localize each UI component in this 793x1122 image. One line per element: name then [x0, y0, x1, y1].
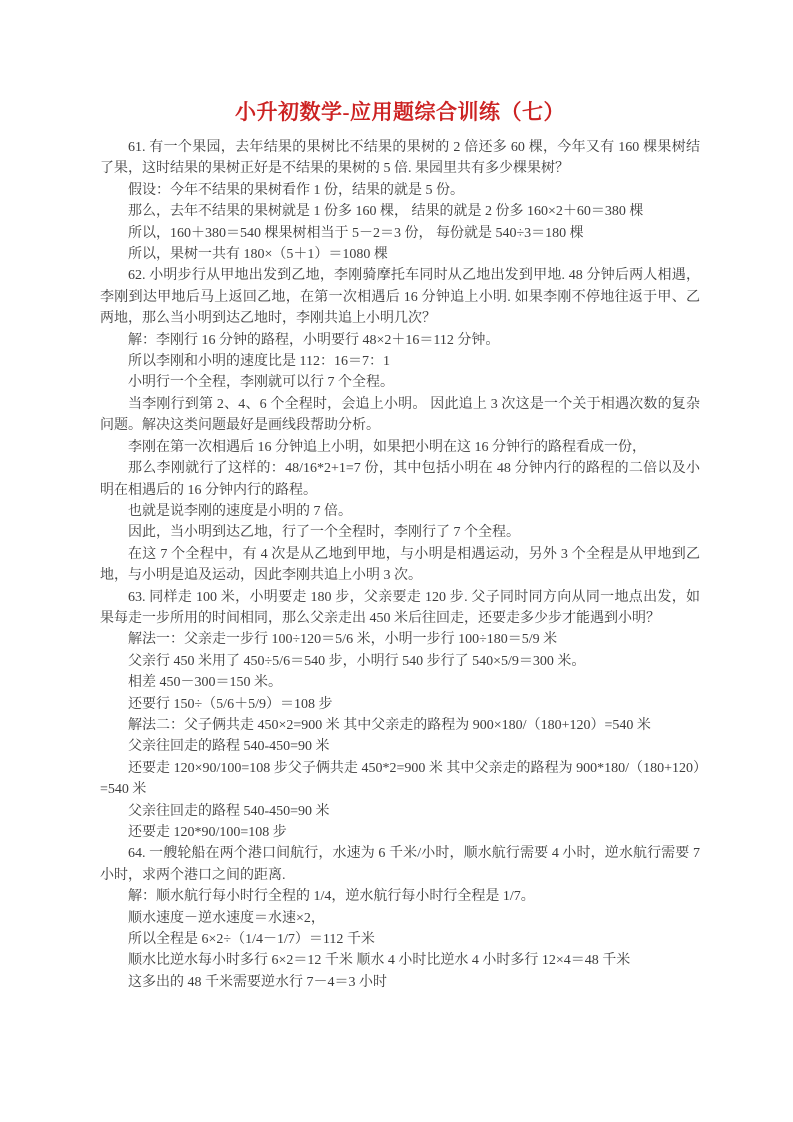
paragraph: 在这 7 个全程中，有 4 次是从乙地到甲地，与小明是相遇运动，另外 3 个全程… — [100, 544, 700, 587]
paragraph: 所以，160＋380＝540 棵果树相当于 5－2＝3 份， 每份就是 540÷… — [100, 223, 700, 244]
paragraph: 也就是说李刚的速度是小明的 7 倍。 — [100, 501, 700, 522]
paragraph: 顺水速度－逆水速度＝水速×2， — [100, 908, 700, 929]
paragraph: 相差 450－300＝150 米。 — [100, 672, 700, 693]
paragraph: 这多出的 48 千米需要逆水行 7－4＝3 小时 — [100, 972, 700, 993]
document-body: 61. 有一个果园，去年结果的果树比不结果的果树的 2 倍还多 60 棵，今年又… — [100, 137, 700, 993]
page-title: 小升初数学-应用题综合训练（七） — [100, 96, 700, 126]
paragraph: 当李刚行到第 2、4、6 个全程时，会追上小明。 因此追上 3 次这是一个关于相… — [100, 394, 700, 437]
paragraph: 因此，当小明到达乙地，行了一个全程时，李刚行了 7 个全程。 — [100, 522, 700, 543]
paragraph: 解法二：父子俩共走 450×2=900 米 其中父亲走的路程为 900×180/… — [100, 715, 700, 736]
paragraph: 假设：今年不结果的果树看作 1 份，结果的就是 5 份。 — [100, 180, 700, 201]
paragraph: 所以，果树一共有 180×（5＋1）＝1080 棵 — [100, 244, 700, 265]
paragraph: 63. 同样走 100 米，小明要走 180 步，父亲要走 120 步. 父子同… — [100, 587, 700, 630]
paragraph: 解：李刚行 16 分钟的路程，小明要行 48×2＋16＝112 分钟。 — [100, 330, 700, 351]
paragraph: 顺水比逆水每小时多行 6×2＝12 千米 顺水 4 小时比逆水 4 小时多行 1… — [100, 950, 700, 971]
paragraph: 父亲行 450 米用了 450÷5/6＝540 步，小明行 540 步行了 54… — [100, 651, 700, 672]
paragraph: 父亲往回走的路程 540-450=90 米 — [100, 736, 700, 757]
paragraph: 61. 有一个果园，去年结果的果树比不结果的果树的 2 倍还多 60 棵，今年又… — [100, 137, 700, 180]
paragraph: 解：顺水航行每小时行全程的 1/4，逆水航行每小时行全程是 1/7。 — [100, 886, 700, 907]
paragraph: 李刚在第一次相遇后 16 分钟追上小明，如果把小明在这 16 分钟行的路程看成一… — [100, 437, 700, 458]
paragraph: 小明行一个全程，李刚就可以行 7 个全程。 — [100, 372, 700, 393]
paragraph: 所以全程是 6×2÷（1/4－1/7）＝112 千米 — [100, 929, 700, 950]
paragraph: 那么李刚就行了这样的：48/16*2+1=7 份，其中包括小明在 48 分钟内行… — [100, 458, 700, 501]
paragraph: 62. 小明步行从甲地出发到乙地，李刚骑摩托车同时从乙地出发到甲地. 48 分钟… — [100, 265, 700, 329]
paragraph: 64. 一艘轮船在两个港口间航行，水速为 6 千米/小时，顺水航行需要 4 小时… — [100, 843, 700, 886]
paragraph: 所以李刚和小明的速度比是 112：16＝7：1 — [100, 351, 700, 372]
paragraph: 解法一：父亲走一步行 100÷120＝5/6 米，小明一步行 100÷180＝5… — [100, 629, 700, 650]
paragraph: 还要行 150÷（5/6＋5/9）＝108 步 — [100, 694, 700, 715]
paragraph: 还要走 120×90/100=108 步父子俩共走 450*2=900 米 其中… — [100, 758, 700, 801]
paragraph: 那么，去年不结果的果树就是 1 份多 160 棵， 结果的就是 2 份多 160… — [100, 201, 700, 222]
paragraph: 还要走 120*90/100=108 步 — [100, 822, 700, 843]
document-page: 小升初数学-应用题综合训练（七） 61. 有一个果园，去年结果的果树比不结果的果… — [0, 0, 793, 1122]
paragraph: 父亲往回走的路程 540-450=90 米 — [100, 801, 700, 822]
